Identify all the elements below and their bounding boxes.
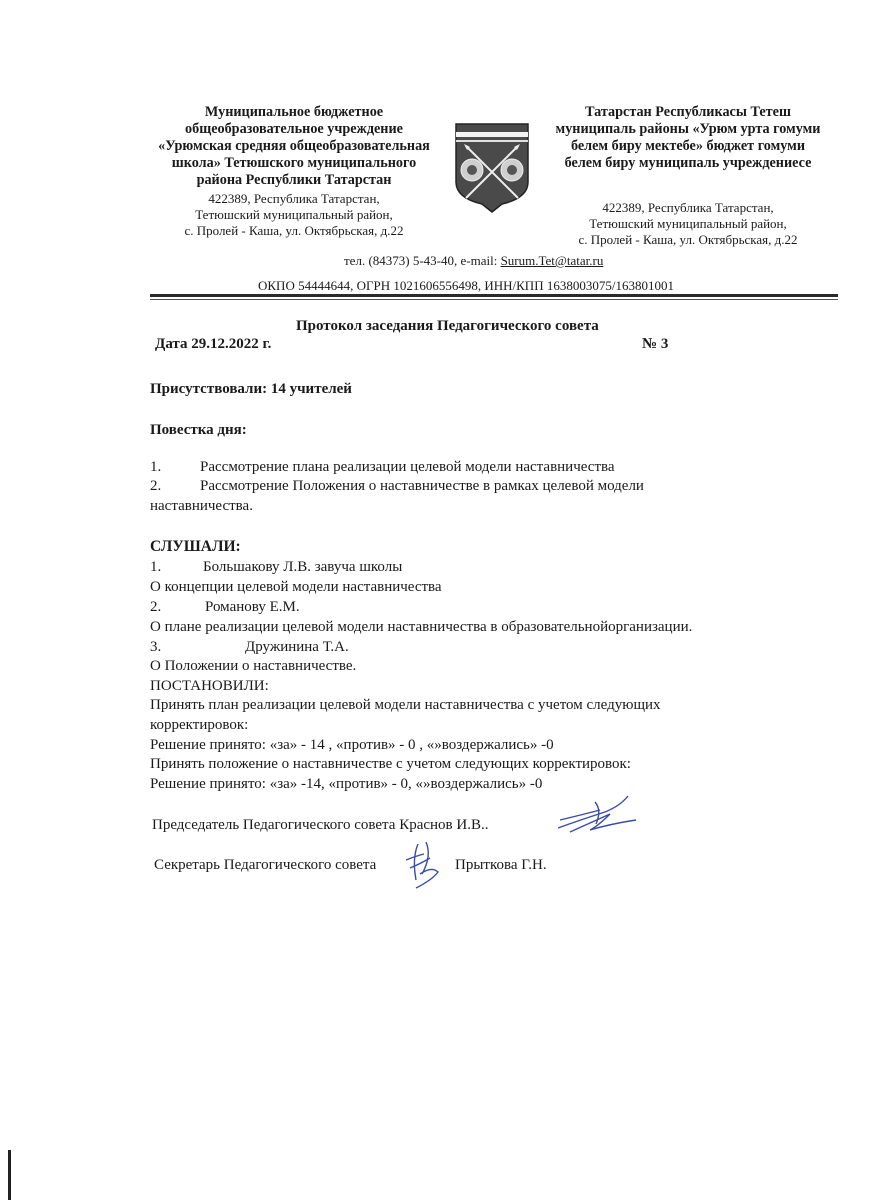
listened-speaker: 3.Дружинина Т.А. [150, 638, 349, 656]
header-right-title: Татарстан Республикасы Тетеш муниципаль … [528, 104, 848, 172]
item-number: 3. [150, 638, 245, 656]
header-left-title: Муниципальное бюджетное общеобразователь… [140, 104, 448, 189]
decision-vote: Решение принято: «за» - 14 , «против» - … [150, 736, 554, 754]
address-line: с. Пролей - Каша, ул. Октябрьская, д.22 [528, 232, 848, 248]
secretary-signature-label: Секретарь Педагогического совета [154, 856, 376, 874]
header-right-title-line: муниципаль районы «Урюм урта гомуми [528, 121, 848, 138]
decision-text: Принять положение о наставничестве с уче… [150, 755, 631, 773]
header-left-title-line: района Республики Татарстан [140, 172, 448, 189]
item-number: 1. [150, 558, 203, 576]
address-line: с. Пролей - Каша, ул. Октябрьская, д.22 [140, 223, 448, 239]
listened-topic: О концепции целевой модели наставничеств… [150, 578, 442, 596]
header-right-block: Татарстан Республикасы Тетеш муниципаль … [528, 104, 848, 248]
address-line: Тетюшский муниципальный район, [528, 216, 848, 232]
agenda-item-continuation: наставничества. [150, 497, 253, 515]
phone-text: тел. (84373) 5-43-40, e-mail: [344, 253, 501, 268]
decision-text: Принять план реализации целевой модели н… [150, 696, 661, 714]
address-line: 422389, Республика Татарстан, [528, 200, 848, 216]
chair-signature-line: Председатель Педагогического совета Крас… [152, 816, 488, 834]
header-left-title-line: «Урюмская средняя общеобразовательная [140, 138, 448, 155]
coat-of-arms-icon [452, 118, 532, 214]
listened-topic: О плане реализации целевой модели настав… [150, 618, 692, 636]
agenda-item: 2.Рассмотрение Положения о наставничеств… [150, 477, 644, 495]
protocol-date: Дата 29.12.2022 г. [155, 336, 271, 353]
address-line: Тетюшский муниципальный район, [140, 207, 448, 223]
header-left-title-line: Муниципальное бюджетное [140, 104, 448, 121]
decision-text: корректировок: [150, 716, 248, 734]
secretary-signature-icon [402, 838, 452, 895]
header-left-title-line: общеобразовательное учреждение [140, 121, 448, 138]
listened-topic: О Положении о наставничестве. [150, 657, 356, 675]
contact-line: тел. (84373) 5-43-40, e-mail: Surum.Tet@… [344, 253, 603, 269]
header-divider-thin [150, 299, 838, 300]
header-left-block: Муниципальное бюджетное общеобразователь… [140, 104, 448, 239]
address-line: 422389, Республика Татарстан, [140, 191, 448, 207]
speaker-name: Большакову Л.В. завуча школы [203, 559, 402, 575]
item-number: 1. [150, 458, 200, 476]
header-right-title-line: белем биру мектебе» бюджет гомуми [528, 138, 848, 155]
protocol-number: № 3 [642, 336, 668, 353]
agenda-item: 1.Рассмотрение плана реализации целевой … [150, 458, 615, 476]
item-text: Рассмотрение Положения о наставничестве … [200, 478, 644, 494]
header-right-title-line: белем биру муниципаль учреждениесе [528, 155, 848, 172]
header-right-address: 422389, Республика Татарстан, Тетюшский … [528, 200, 848, 248]
item-text: Рассмотрение плана реализации целевой мо… [200, 459, 615, 475]
listened-speaker: 2.Романову Е.М. [150, 598, 300, 616]
speaker-name: Романову Е.М. [205, 599, 300, 615]
listened-heading: СЛУШАЛИ: [150, 538, 241, 556]
secretary-name: Прыткова Г.Н. [455, 856, 547, 874]
chair-signature-icon [550, 790, 640, 845]
decided-heading: ПОСТАНОВИЛИ: [150, 677, 269, 695]
header-left-title-line: школа» Тетюшского муниципального [140, 155, 448, 172]
header-right-title-line: Татарстан Республикасы Тетеш [528, 104, 848, 121]
decision-vote: Решение принято: «за» -14, «против» - 0,… [150, 775, 542, 793]
speaker-name: Дружинина Т.А. [245, 639, 349, 655]
listened-speaker: 1.Большакову Л.В. завуча школы [150, 558, 402, 576]
scan-edge-mark [8, 1150, 11, 1200]
agenda-heading: Повестка дня: [150, 422, 247, 439]
item-number: 2. [150, 598, 205, 616]
registration-codes: ОКПО 54444644, ОГРН 1021606556498, ИНН/К… [258, 278, 674, 294]
header-divider [150, 294, 838, 297]
document-title: Протокол заседания Педагогического совет… [296, 318, 599, 335]
header-left-address: 422389, Республика Татарстан, Тетюшский … [140, 191, 448, 239]
item-number: 2. [150, 477, 200, 495]
email-link[interactable]: Surum.Tet@tatar.ru [501, 253, 604, 268]
attendance: Присутствовали: 14 учителей [150, 381, 352, 398]
